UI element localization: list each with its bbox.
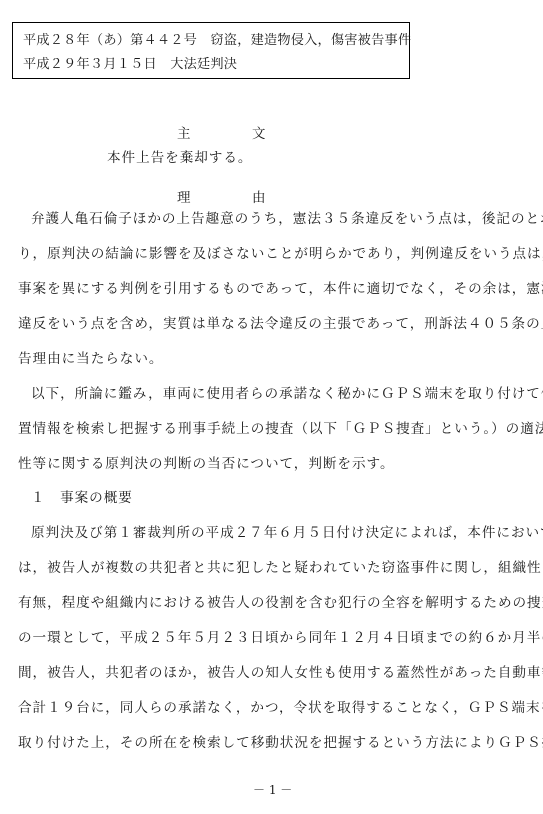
paragraph-line: 違反をいう点を含め，実質は単なる法令違反の主張であって，刑訴法４０５条の上	[18, 315, 543, 333]
reasons-heading-char2: 由	[252, 186, 266, 206]
paragraph-line: 置情報を検索し把握する刑事手続上の捜査（以下「ＧＰＳ捜査」という。）の適法	[18, 420, 543, 438]
paragraph-line: 告理由に当たらない。	[18, 350, 163, 368]
main-text-body: 本件上告を棄却する。	[107, 149, 252, 167]
paragraph-line: 事案を異にする判例を引用するものであって，本件に適切でなく，その余は，憲法	[18, 280, 543, 298]
judgment-date-line: 平成２９年３月１５日 大法廷判決	[23, 53, 237, 72]
reasons-heading-char1: 理	[177, 186, 191, 206]
main-text-heading-char1: 主	[177, 122, 191, 142]
section-heading-case-summary: １ 事案の概要	[31, 489, 133, 507]
page-number: － 1 －	[253, 781, 292, 798]
paragraph-line: 有無，程度や組織内における被告人の役割を含む犯行の全容を解明するための捜査	[18, 594, 543, 612]
case-number-line: 平成２８年（あ）第４４２号 窃盗，建造物侵入，傷害被告事件	[23, 29, 411, 48]
paragraph-line: の一環として，平成２５年５月２３日頃から同年１２月４日頃までの約６か月半の	[18, 629, 543, 647]
paragraph-line: 以下，所論に鑑み，車両に使用者らの承諾なく秘かにＧＰＳ端末を取り付けて位	[31, 385, 543, 403]
case-header-box: 平成２８年（あ）第４４２号 窃盗，建造物侵入，傷害被告事件 平成２９年３月１５日…	[12, 22, 410, 79]
paragraph-line: 取り付けた上，その所在を検索して移動状況を把握するという方法によりＧＰＳ捜	[18, 734, 543, 752]
main-text-heading-char2: 文	[252, 122, 266, 142]
paragraph-line: 合計１９台に，同人らの承諾なく，かつ，令状を取得することなく，ＧＰＳ端末を	[18, 699, 543, 717]
paragraph-line: 性等に関する原判決の判断の当否について，判断を示す。	[18, 455, 395, 473]
paragraph-line: は，被告人が複数の共犯者と共に犯したと疑われていた窃盗事件に関し，組織性の	[18, 559, 543, 577]
paragraph-line: り，原判決の結論に影響を及ぼさないことが明らかであり，判例違反をいう点は，	[18, 245, 543, 263]
paragraph-line: 間，被告人，共犯者のほか，被告人の知人女性も使用する蓋然性があった自動車等	[18, 664, 543, 682]
paragraph-line: 原判決及び第１審裁判所の平成２７年６月５日付け決定によれば，本件において	[31, 524, 543, 542]
paragraph-line: 弁護人亀石倫子ほかの上告趣意のうち，憲法３５条違反をいう点は，後記のとお	[31, 210, 543, 228]
